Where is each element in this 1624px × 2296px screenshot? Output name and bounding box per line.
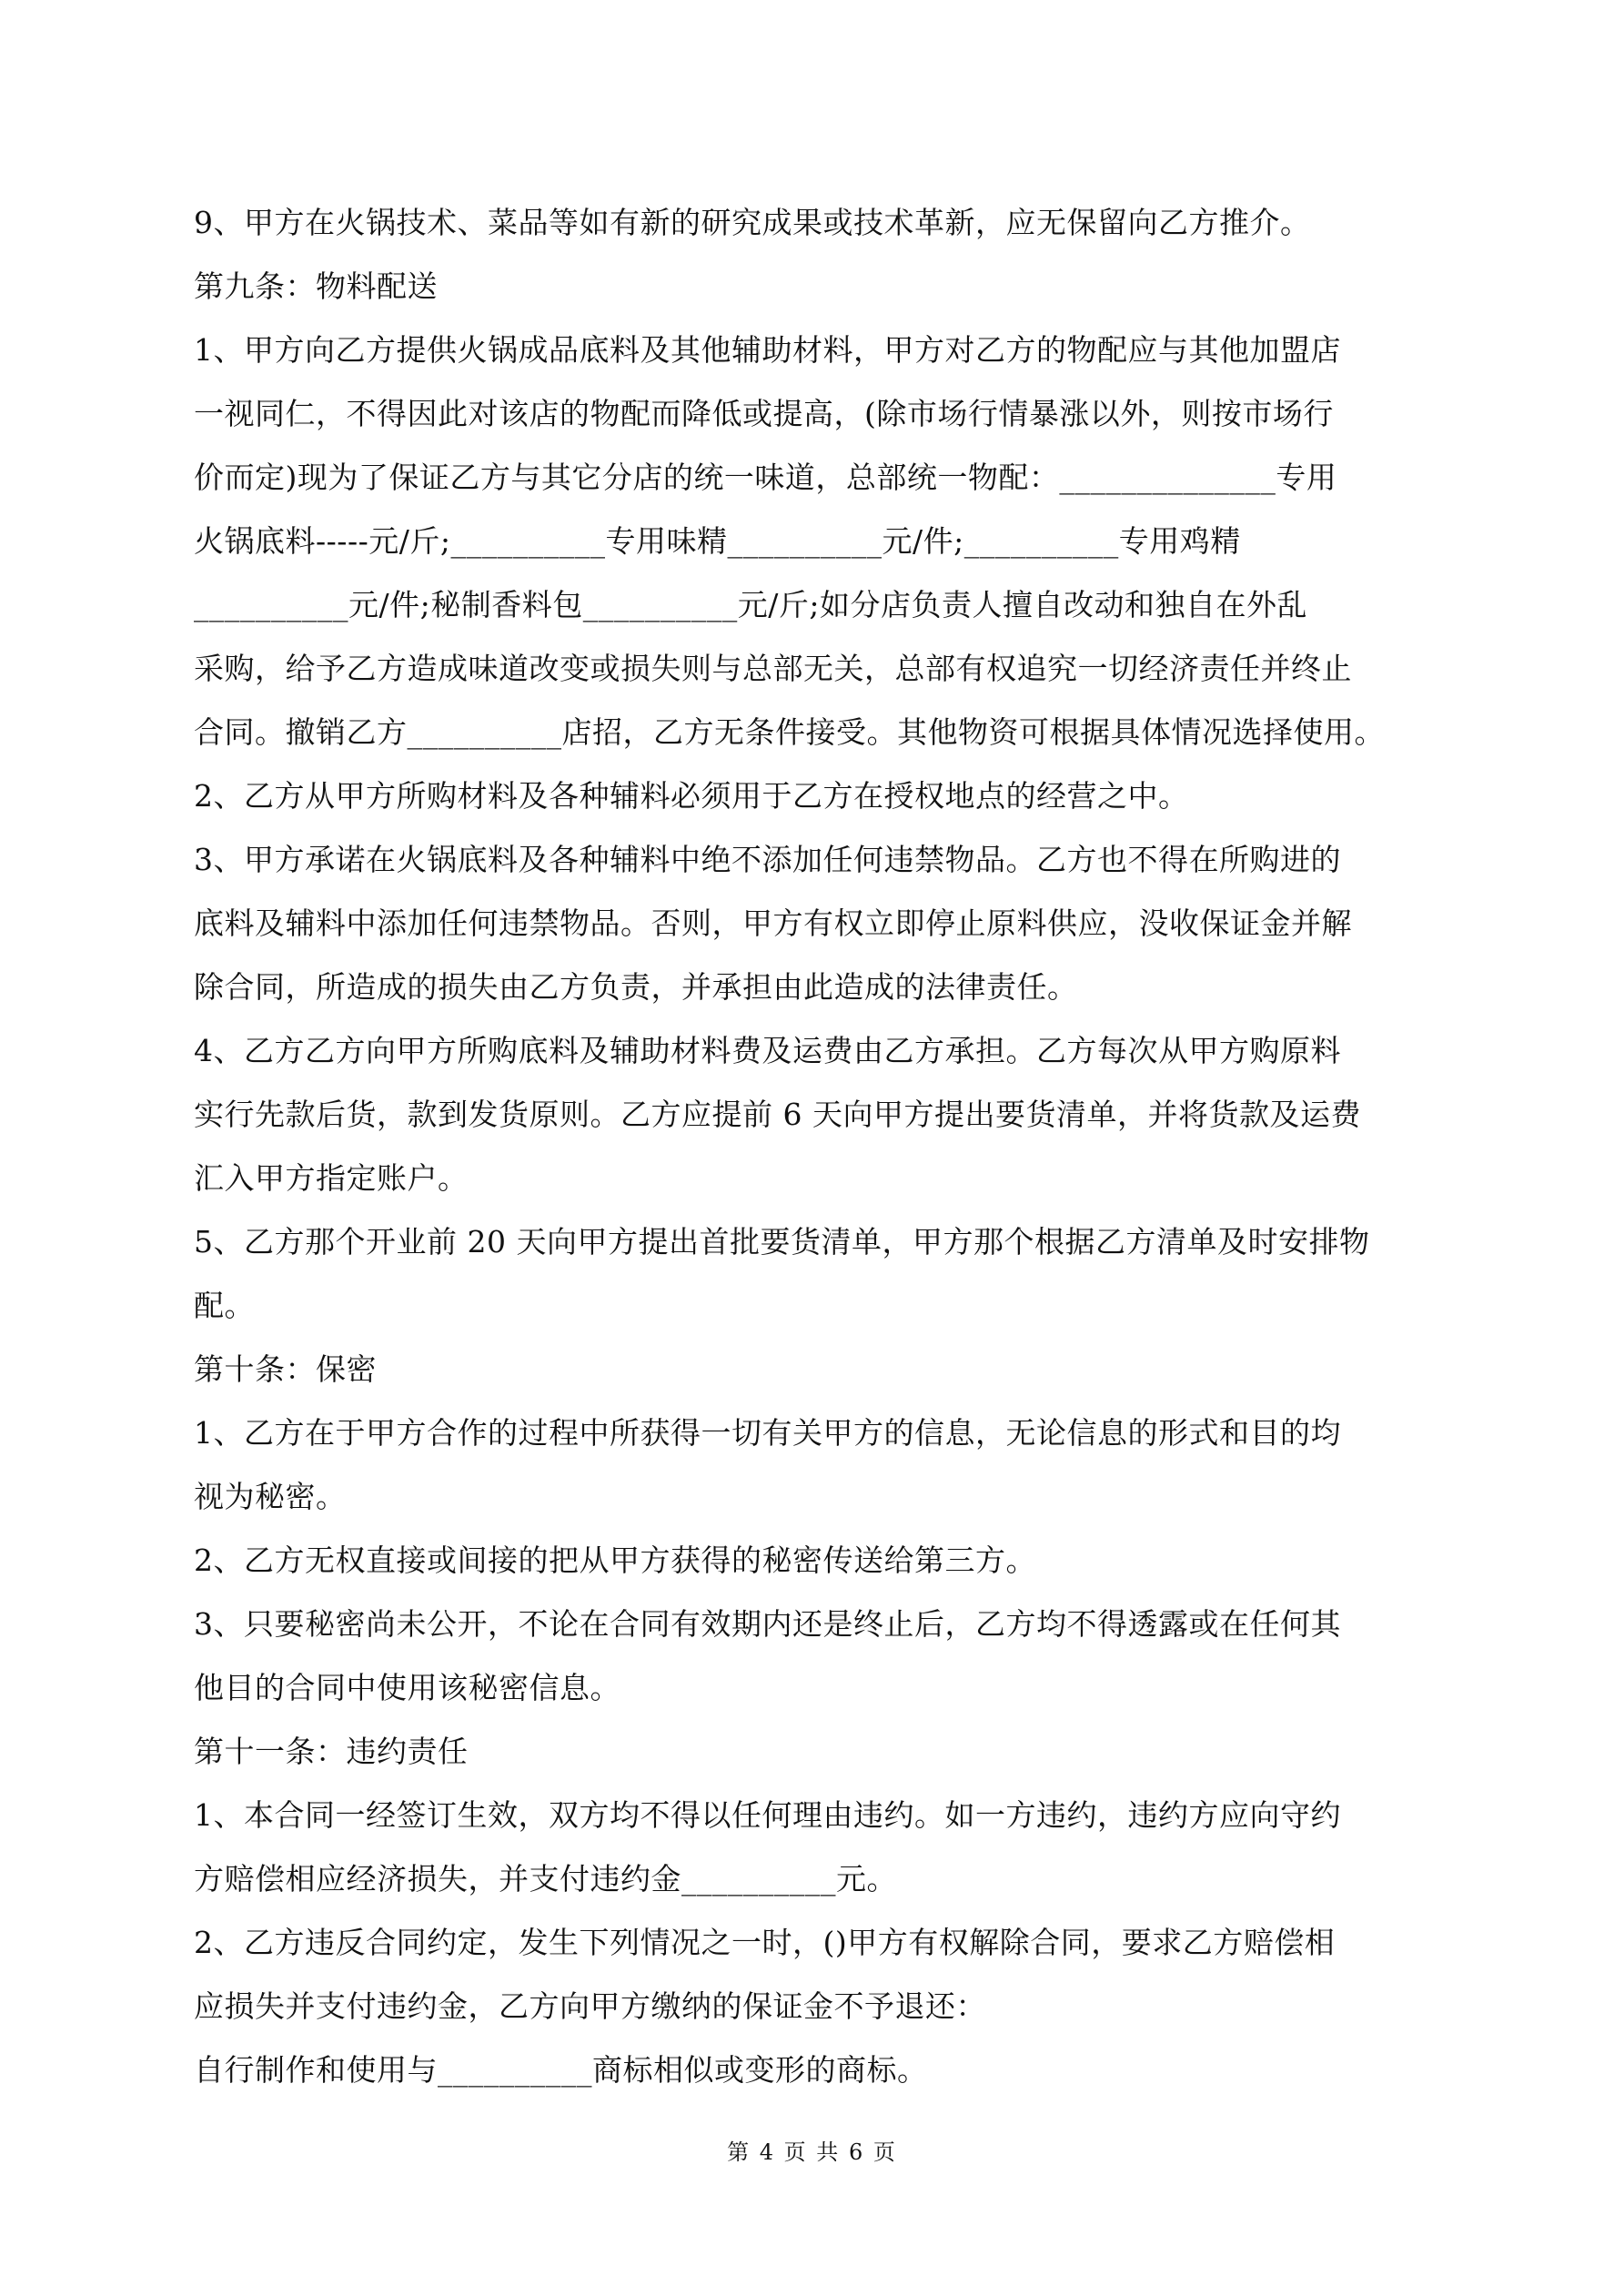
article-9-item-1-cont: 一视同仁，不得因此对该店的物配而降低或提高，(除市场行情暴涨以外，则按市场行 bbox=[194, 382, 1431, 446]
article-11-item-2-sub: 自行制作和使用与__________商标相似或变形的商标。 bbox=[194, 2038, 1431, 2102]
article-10-item-2: 2、乙方无权直接或间接的把从甲方获得的秘密传送给第三方。 bbox=[194, 1529, 1431, 1593]
article-9-item-4-cont: 实行先款后货，款到发货原则。乙方应提前 6 天向甲方提出要货清单，并将货款及运费 bbox=[194, 1083, 1431, 1147]
article-9-heading: 第九条：物料配送 bbox=[194, 255, 1431, 319]
article-9-item-4: 4、乙方乙方向甲方所购底料及辅助材料费及运费由乙方承担。乙方每次从甲方购原料 bbox=[194, 1019, 1431, 1083]
article-9-item-2: 2、乙方从甲方所购材料及各种辅料必须用于乙方在授权地点的经营之中。 bbox=[194, 764, 1431, 828]
article-9-item-3-cont: 底料及辅料中添加任何违禁物品。否则，甲方有权立即停止原料供应，没收保证金并解 bbox=[194, 892, 1431, 956]
article-10-item-1-cont: 视为秘密。 bbox=[194, 1465, 1431, 1529]
article-10-item-1: 1、乙方在于甲方合作的过程中所获得一切有关甲方的信息，无论信息的形式和目的均 bbox=[194, 1401, 1431, 1465]
article-9-item-5-cont: 配。 bbox=[194, 1274, 1431, 1338]
article-9-item-3-cont: 除合同，所造成的损失由乙方负责，并承担由此造成的法律责任。 bbox=[194, 956, 1431, 1019]
clause-9-tech-sharing: 9、甲方在火锅技术、菜品等如有新的研究成果或技术革新，应无保留向乙方推介。 bbox=[194, 191, 1431, 255]
article-11-item-1-cont: 方赔偿相应经济损失，并支付违约金__________元。 bbox=[194, 1847, 1431, 1911]
article-10-heading: 第十条：保密 bbox=[194, 1338, 1431, 1401]
article-9-item-1: 1、甲方向乙方提供火锅成品底料及其他辅助材料，甲方对乙方的物配应与其他加盟店 bbox=[194, 319, 1431, 382]
article-11-heading: 第十一条：违约责任 bbox=[194, 1720, 1431, 1784]
article-9-item-1-cont: 采购，给予乙方造成味道改变或损失则与总部无关，总部有权追究一切经济责任并终止 bbox=[194, 637, 1431, 701]
article-9-item-3: 3、甲方承诺在火锅底料及各种辅料中绝不添加任何违禁物品。乙方也不得在所购进的 bbox=[194, 828, 1431, 892]
article-9-item-1-cont: 价而定)现为了保证乙方与其它分店的统一味道，总部统一物配：___________… bbox=[194, 446, 1431, 510]
article-10-item-3-cont: 他目的合同中使用该秘密信息。 bbox=[194, 1656, 1431, 1720]
article-9-item-1-cont: 合同。撤销乙方__________店招，乙方无条件接受。其他物资可根据具体情况选… bbox=[194, 701, 1431, 764]
document-page: 9、甲方在火锅技术、菜品等如有新的研究成果或技术革新，应无保留向乙方推介。 第九… bbox=[0, 0, 1624, 2296]
article-9-item-5: 5、乙方那个开业前 20 天向甲方提出首批要货清单，甲方那个根据乙方清单及时安排… bbox=[194, 1210, 1431, 1274]
article-9-item-1-cont: __________元/件;秘制香料包__________元/斤;如分店负责人擅… bbox=[194, 573, 1431, 637]
article-11-item-2-cont: 应损失并支付违约金，乙方向甲方缴纳的保证金不予退还： bbox=[194, 1975, 1431, 2038]
page-number-footer: 第 4 页 共 6 页 bbox=[0, 2134, 1624, 2166]
article-11-item-2: 2、乙方违反合同约定，发生下列情况之一时，()甲方有权解除合同，要求乙方赔偿相 bbox=[194, 1911, 1431, 1975]
article-9-item-1-cont: 火锅底料-----元/斤;__________专用味精__________元/件… bbox=[194, 510, 1431, 573]
article-10-item-3: 3、只要秘密尚未公开，不论在合同有效期内还是终止后，乙方均不得透露或在任何其 bbox=[194, 1593, 1431, 1656]
document-body: 9、甲方在火锅技术、菜品等如有新的研究成果或技术革新，应无保留向乙方推介。 第九… bbox=[194, 191, 1431, 2102]
article-11-item-1: 1、本合同一经签订生效，双方均不得以任何理由违约。如一方违约，违约方应向守约 bbox=[194, 1784, 1431, 1847]
article-9-item-4-cont: 汇入甲方指定账户。 bbox=[194, 1147, 1431, 1210]
